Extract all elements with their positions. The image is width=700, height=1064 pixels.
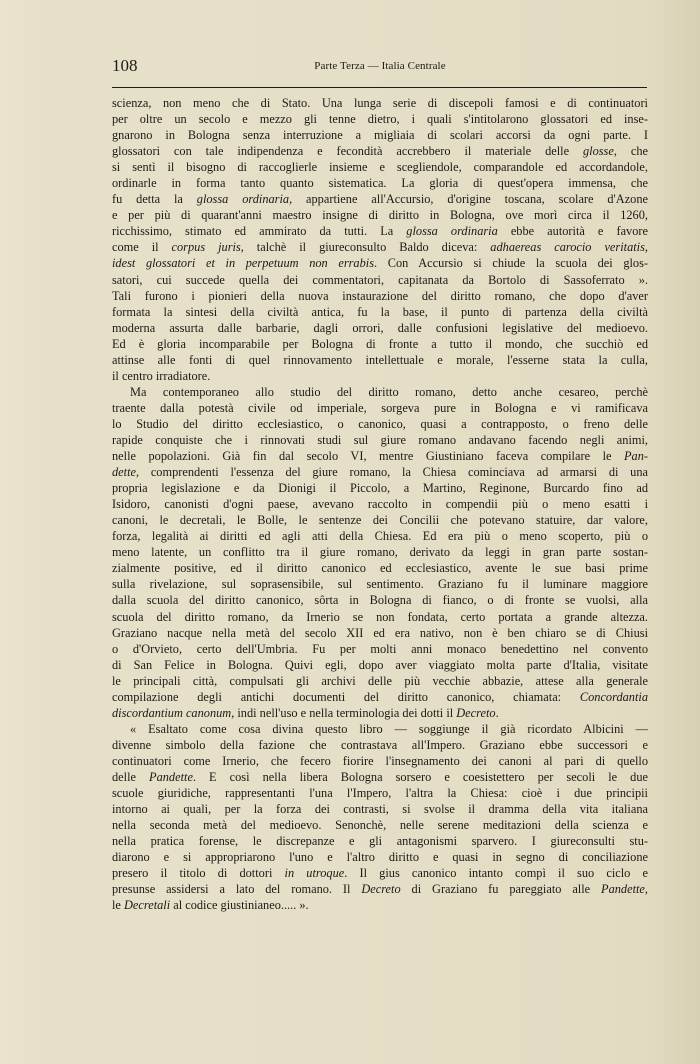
- text-line: le Decretali al codice giustinianeo.....…: [112, 897, 648, 913]
- text-span: rapide conquiste che i rinnovati studi s…: [112, 433, 648, 447]
- text-line: nella seconda metà del medioevo. Senonch…: [112, 817, 648, 833]
- book-page: 108 Parte Terza — Italia Centrale scienz…: [112, 54, 648, 78]
- body-text: scienza, non meno che di Stato. Una lung…: [112, 95, 648, 913]
- text-line: attinse alle fonti di quel rinnovamento …: [112, 352, 648, 368]
- text-line: Graziano nacque nella metà del secolo XI…: [112, 625, 648, 641]
- text-line: intorno ai quali, per la forza dei contr…: [112, 801, 648, 817]
- text-span: di San Felice in Bologna. Quivi egli, do…: [112, 658, 648, 672]
- text-line: rapide conquiste che i rinnovati studi s…: [112, 432, 648, 448]
- text-line: « Esaltato come cosa divina questo libro…: [112, 721, 648, 737]
- text-line: o d'Orvieto, certo dell'Umbria. Fu per m…: [112, 641, 648, 657]
- text-span: gnarono in Bologna senza interruzione a …: [112, 128, 648, 142]
- text-span: di Graziano fu pareggiato alle: [401, 882, 601, 896]
- text-line: ordinarle in forma tanto quanto sistemat…: [112, 175, 648, 191]
- italic-span: dette: [112, 465, 136, 479]
- text-line: meno latente, un conflitto tra il giure …: [112, 544, 648, 560]
- text-line: presero il titolo di dottori in utroque.…: [112, 865, 648, 881]
- text-line: nella pratica forense, le discrepanze e …: [112, 833, 648, 849]
- text-line: si sentì il bisogno di raccoglierle insi…: [112, 159, 648, 175]
- text-span: presunse assidersi a lato del romano. Il: [112, 882, 361, 896]
- header-rule: [112, 87, 647, 88]
- text-line: discordantium canonum, indi nell'uso e n…: [112, 705, 648, 721]
- text-span: formata la sintesi della civiltà antica,…: [112, 305, 648, 319]
- text-span: dalla scuola del diritto canonico, sôrta…: [112, 593, 648, 607]
- text-line: Tali furono i pionieri della nuova insta…: [112, 288, 648, 304]
- text-line: gnarono in Bologna senza interruzione a …: [112, 127, 648, 143]
- text-line: lo Studio del diritto ecclesiastico, o c…: [112, 416, 648, 432]
- text-line: presunse assidersi a lato del romano. Il…: [112, 881, 648, 897]
- text-span: le: [112, 898, 124, 912]
- text-span: meno latente, un conflitto tra il giure …: [112, 545, 648, 559]
- text-span: zialmente positive, ed il diritto canoni…: [112, 561, 648, 575]
- italic-span: glossa ordinaria: [197, 192, 289, 206]
- text-span: intorno ai quali, per la forza dei contr…: [112, 802, 648, 816]
- text-span: per oltre un secolo e mezzo gli tenne di…: [112, 112, 648, 126]
- text-span: fu detta la: [112, 192, 197, 206]
- italic-span: idest glossatori et in perpetuum non err…: [112, 256, 374, 270]
- text-span: presero il titolo di dottori: [112, 866, 285, 880]
- text-line: propria legislazione e da Dionigi il Pic…: [112, 480, 648, 496]
- text-span: diarono e si appropriarono l'uno e l'alt…: [112, 850, 648, 864]
- text-span: al codice giustinianeo..... ».: [170, 898, 309, 912]
- text-span: attinse alle fonti di quel rinnovamento …: [112, 353, 648, 367]
- text-line: fu detta la glossa ordinaria, appartiene…: [112, 191, 648, 207]
- italic-span: Decreto: [456, 706, 495, 720]
- text-span: e per più di quarant'anni maestro insign…: [112, 208, 648, 222]
- text-line: e per più di quarant'anni maestro insign…: [112, 207, 648, 223]
- text-span: propria legislazione e da Dionigi il Pic…: [112, 481, 648, 495]
- text-span: Ed è gloria incomparabile per Bologna di…: [112, 337, 648, 351]
- italic-span: Pandette: [149, 770, 193, 784]
- text-span: , indi nell'uso e nella terminologia dei…: [231, 706, 456, 720]
- text-span: . Il gius canonico intanto compì il suo …: [344, 866, 648, 880]
- italic-span: Decreto: [361, 882, 400, 896]
- text-line: dalla scuola del diritto canonico, sôrta…: [112, 592, 648, 608]
- text-span: forza, legalità ai diritti ed agli atti …: [112, 529, 648, 543]
- text-line: scuole giuridiche, rappresentanti l'una …: [112, 785, 648, 801]
- text-span: canoni, le decretali, le Bolle, le sente…: [112, 513, 648, 527]
- italic-span: Concordantia: [580, 690, 648, 704]
- italic-span: glossa ordinaria: [406, 224, 497, 238]
- text-line: ricchissimo, stimato ed ammirato da tutt…: [112, 223, 648, 239]
- text-line: canoni, le decretali, le Bolle, le sente…: [112, 512, 648, 528]
- italic-span: in utroque: [285, 866, 345, 880]
- text-span: nella seconda metà del medioevo. Senonch…: [112, 818, 648, 832]
- text-span: Tali furono i pionieri della nuova insta…: [112, 289, 648, 303]
- text-line: scienza, non meno che di Stato. Una lung…: [112, 95, 648, 111]
- running-head: 108 Parte Terza — Italia Centrale: [112, 54, 648, 78]
- text-span: scienza, non meno che di Stato. Una lung…: [112, 96, 648, 110]
- italic-span: adhaereas carocio veritatis,: [490, 240, 648, 254]
- text-span: le principali città, compulsati gli arch…: [112, 674, 648, 688]
- text-line: continuatori come Irnerio, che fecero fi…: [112, 753, 648, 769]
- text-line: per oltre un secolo e mezzo gli tenne di…: [112, 111, 648, 127]
- text-line: nelle popolazioni. Già fin dal secolo VI…: [112, 448, 648, 464]
- text-span: compilazione degli antichi documenti del…: [112, 690, 580, 704]
- text-span: . Con Accursio si chiude la scuola dei g…: [374, 256, 648, 270]
- text-line: il centro irradiatore.: [112, 368, 648, 384]
- text-line: forza, legalità ai diritti ed agli atti …: [112, 528, 648, 544]
- text-line: le principali città, compulsati gli arch…: [112, 673, 648, 689]
- text-line: zialmente positive, ed il diritto canoni…: [112, 560, 648, 576]
- text-span: come il: [112, 240, 172, 254]
- text-span: satori, cui succede quella dei commentat…: [112, 273, 648, 287]
- italic-span: discordantium canonum: [112, 706, 231, 720]
- text-span: ordinarle in forma tanto quanto sistemat…: [112, 176, 648, 190]
- text-span: divenne simbolo della fazione che contra…: [112, 738, 648, 752]
- text-span: il centro irradiatore.: [112, 369, 210, 383]
- text-span: moderna assurta dalle barbarie, dagli or…: [112, 321, 648, 335]
- text-span: Graziano nacque nella metà del secolo XI…: [112, 626, 648, 640]
- italic-span: Pandette: [601, 882, 645, 896]
- italic-span: corpus juris: [172, 240, 241, 254]
- text-line: moderna assurta dalle barbarie, dagli or…: [112, 320, 648, 336]
- text-line: satori, cui succede quella dei commentat…: [112, 272, 648, 288]
- text-span: glossatori con tale indipendenza e fecon…: [112, 144, 583, 158]
- paragraph: scienza, non meno che di Stato. Una lung…: [112, 95, 648, 384]
- text-line: scuola del diritto romano, da Irnerio se…: [112, 609, 648, 625]
- text-span: ,: [645, 882, 648, 896]
- italic-span: Decretali: [124, 898, 170, 912]
- text-line: sulla rivelazione, sul soprasensibile, s…: [112, 576, 648, 592]
- text-line: di San Felice in Bologna. Quivi egli, do…: [112, 657, 648, 673]
- italic-span: Pan-: [624, 449, 648, 463]
- text-line: idest glossatori et in perpetuum non err…: [112, 255, 648, 271]
- text-span: continuatori come Irnerio, che fecero fi…: [112, 754, 648, 768]
- text-span: . E così nella libera Bologna sorsero e …: [193, 770, 648, 784]
- text-span: o d'Orvieto, certo dell'Umbria. Fu per m…: [112, 642, 648, 656]
- text-span: si sentì il bisogno di raccoglierle insi…: [112, 160, 648, 174]
- text-line: divenne simbolo della fazione che contra…: [112, 737, 648, 753]
- text-span: nelle popolazioni. Già fin dal secolo VI…: [112, 449, 624, 463]
- text-span: ricchissimo, stimato ed ammirato da tutt…: [112, 224, 406, 238]
- text-line: compilazione degli antichi documenti del…: [112, 689, 648, 705]
- text-span: , talchè il giureconsulto Baldo diceva:: [241, 240, 491, 254]
- text-line: come il corpus juris, talchè il giurecon…: [112, 239, 648, 255]
- running-title: Parte Terza — Italia Centrale: [112, 60, 648, 72]
- text-span: , appartiene all'Accursio, d'origine tos…: [289, 192, 648, 206]
- text-span: nella pratica forense, le discrepanze e …: [112, 834, 648, 848]
- text-span: , che: [614, 144, 648, 158]
- paragraph: « Esaltato come cosa divina questo libro…: [112, 721, 648, 914]
- text-line: dette, comprendenti l'essenza del giure …: [112, 464, 648, 480]
- text-line: diarono e si appropriarono l'uno e l'alt…: [112, 849, 648, 865]
- text-span: , comprendenti l'essenza del giure roman…: [136, 465, 648, 479]
- text-span: sulla rivelazione, sul soprasensibile, s…: [112, 577, 648, 591]
- text-line: formata la sintesi della civiltà antica,…: [112, 304, 648, 320]
- text-line: Ma contemporaneo allo studio del diritto…: [112, 384, 648, 400]
- text-span: Ma contemporaneo allo studio del diritto…: [130, 385, 648, 399]
- text-line: traente dalla potestà civile od imperial…: [112, 400, 648, 416]
- text-span: .: [496, 706, 499, 720]
- text-line: Isidoro, canonisti d'ogni paese, avevano…: [112, 496, 648, 512]
- text-span: « Esaltato come cosa divina questo libro…: [130, 722, 648, 736]
- text-line: Ed è gloria incomparabile per Bologna di…: [112, 336, 648, 352]
- text-span: delle: [112, 770, 149, 784]
- text-line: delle Pandette. E così nella libera Bolo…: [112, 769, 648, 785]
- text-span: lo Studio del diritto ecclesiastico, o c…: [112, 417, 648, 431]
- italic-span: glosse: [583, 144, 614, 158]
- text-span: Isidoro, canonisti d'ogni paese, avevano…: [112, 497, 648, 511]
- text-span: ebbe autorità e favore: [498, 224, 648, 238]
- text-span: traente dalla potestà civile od imperial…: [112, 401, 648, 415]
- paragraph: Ma contemporaneo allo studio del diritto…: [112, 384, 648, 721]
- text-span: scuola del diritto romano, da Irnerio se…: [112, 610, 648, 624]
- text-span: scuole giuridiche, rappresentanti l'una …: [112, 786, 648, 800]
- text-line: glossatori con tale indipendenza e fecon…: [112, 143, 648, 159]
